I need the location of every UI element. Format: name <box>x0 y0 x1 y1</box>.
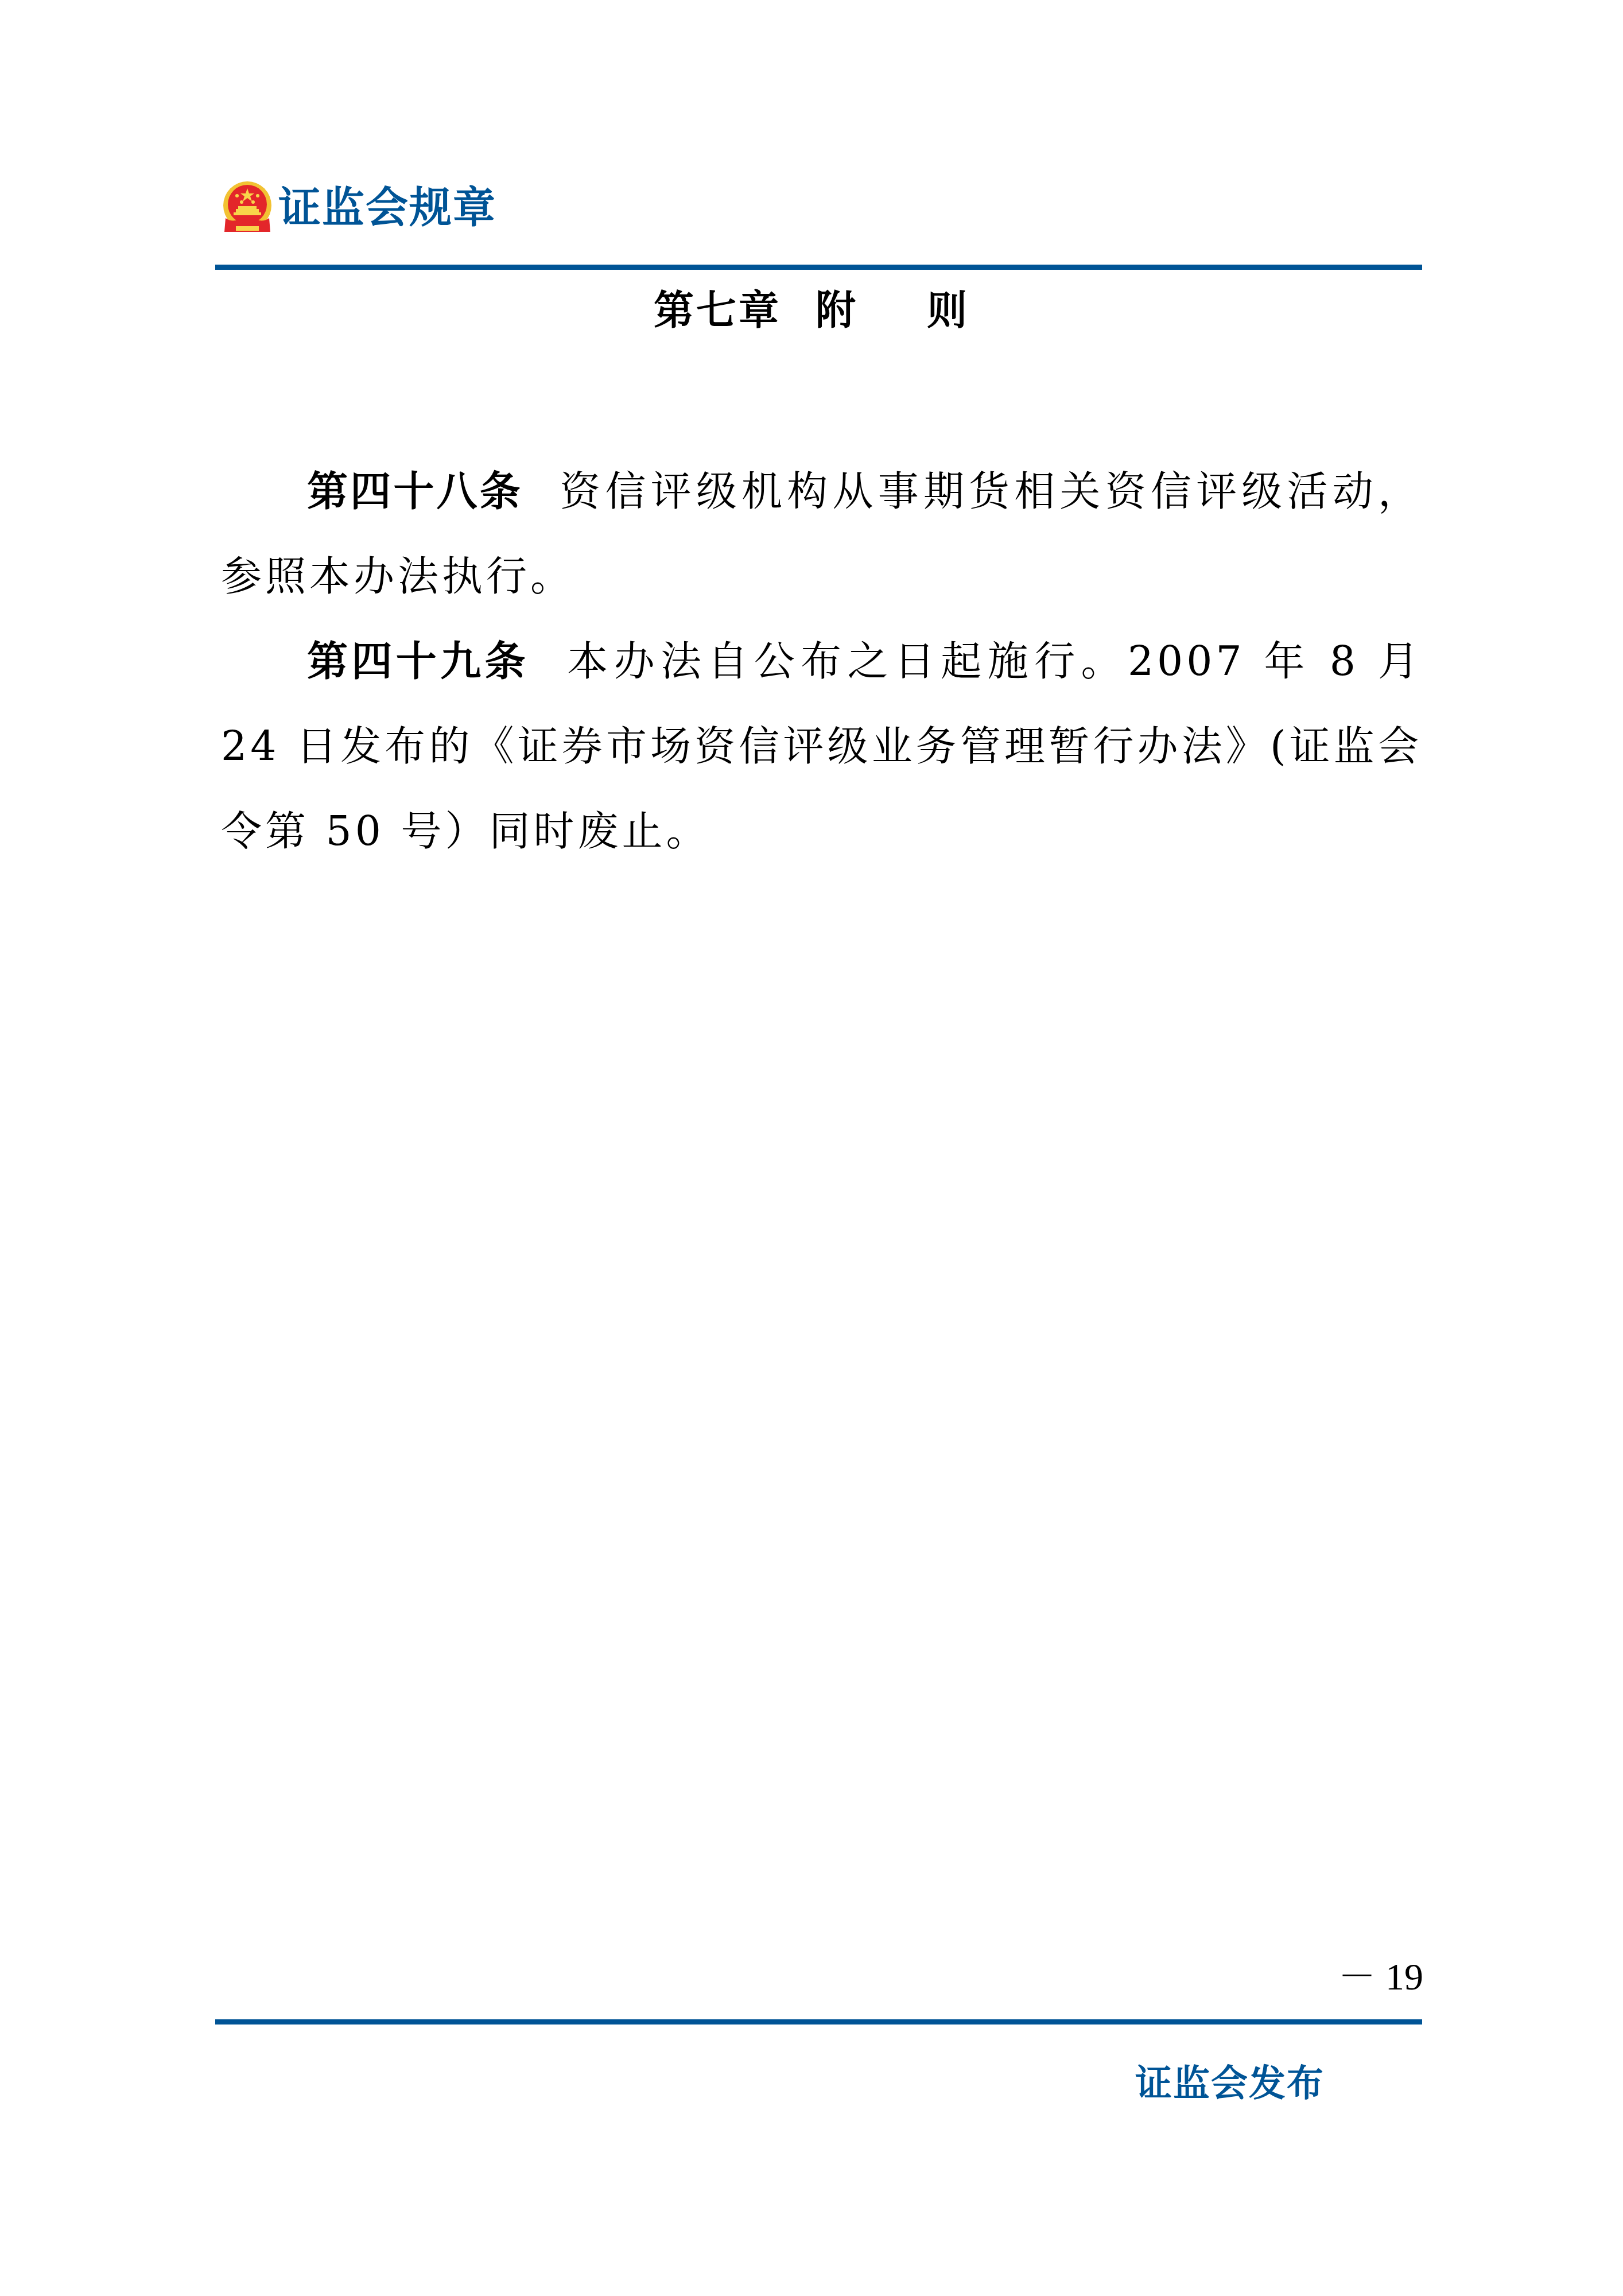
footer-publisher: 证监会发布 <box>1135 2061 1325 2107</box>
footer-divider <box>215 2019 1422 2024</box>
header-divider <box>215 265 1422 270</box>
chapter-number: 第七章 <box>654 287 781 334</box>
national-emblem-icon <box>221 180 274 235</box>
chapter-title-part2: 则 <box>927 287 969 334</box>
page-header: 证监会规章 <box>221 179 496 236</box>
document-body: 第四十八条资信评级机构从事期货相关资信评级活动，参照本办法执行。 第四十九条本办… <box>221 449 1422 874</box>
article-label: 第四十八条 <box>307 467 523 515</box>
chapter-title-part1: 附 <box>816 287 858 334</box>
header-brand-title: 证监会规章 <box>278 187 496 229</box>
page-number: － 19 － <box>1303 1954 1423 2046</box>
article-48: 第四十八条资信评级机构从事期货相关资信评级活动，参照本办法执行。 <box>221 449 1422 619</box>
article-49: 第四十九条本办法自公布之日起施行。2007 年 8 月 24 日发布的《证券市场… <box>221 619 1422 874</box>
chapter-title: 第七章附则 <box>0 285 1623 336</box>
article-label: 第四十九条 <box>307 637 529 685</box>
